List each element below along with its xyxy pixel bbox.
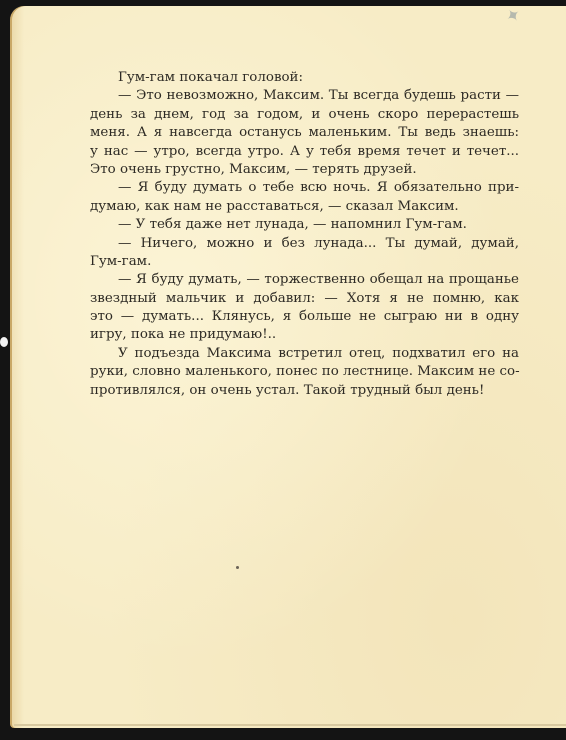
text-line: Гум-гам.	[90, 253, 519, 271]
text-line: думаю, как нам не расставаться, — сказал…	[90, 198, 519, 216]
text-line: — Я буду думать, — торжественно обещал н…	[90, 271, 519, 289]
text-line: — Это невозможно, Максим. Ты всегда буде…	[90, 87, 519, 105]
text-line: это — думать... Клянусь, я больше не сыг…	[90, 308, 519, 326]
text-line: Гум-гам покачал головой:	[90, 69, 519, 87]
text-line: У подъезда Максима встретил отец, подхва…	[90, 345, 519, 363]
text-line: у нас — утро, всегда утро. А у тебя врем…	[90, 143, 519, 161]
text-line: игру, пока не придумаю!..	[90, 326, 519, 344]
page-text: Гум-гам покачал головой: — Это невозможн…	[90, 69, 519, 400]
binding-hole	[0, 337, 8, 347]
page-bottom-edge	[14, 724, 566, 726]
text-line: руки, словно маленького, понес по лестни…	[90, 363, 519, 381]
text-line: — Ничего, можно и без лунада... Ты думай…	[90, 235, 519, 253]
text-line: звездный мальчик и добавил: — Хотя я не …	[90, 290, 519, 308]
text-line: меня. А я навсегда останусь маленьким. Т…	[90, 124, 519, 142]
text-line: противлялся, он очень устал. Такой трудн…	[90, 382, 519, 400]
paper-speck	[236, 566, 239, 569]
text-line: — Я буду думать о тебе всю ночь. Я обяза…	[90, 179, 519, 197]
text-line: — У тебя даже нет лунада, — напомнил Гум…	[90, 216, 519, 234]
text-line: день за днем, год за годом, и очень скор…	[90, 106, 519, 124]
text-line: Это очень грустно, Максим, — терять друз…	[90, 161, 519, 179]
